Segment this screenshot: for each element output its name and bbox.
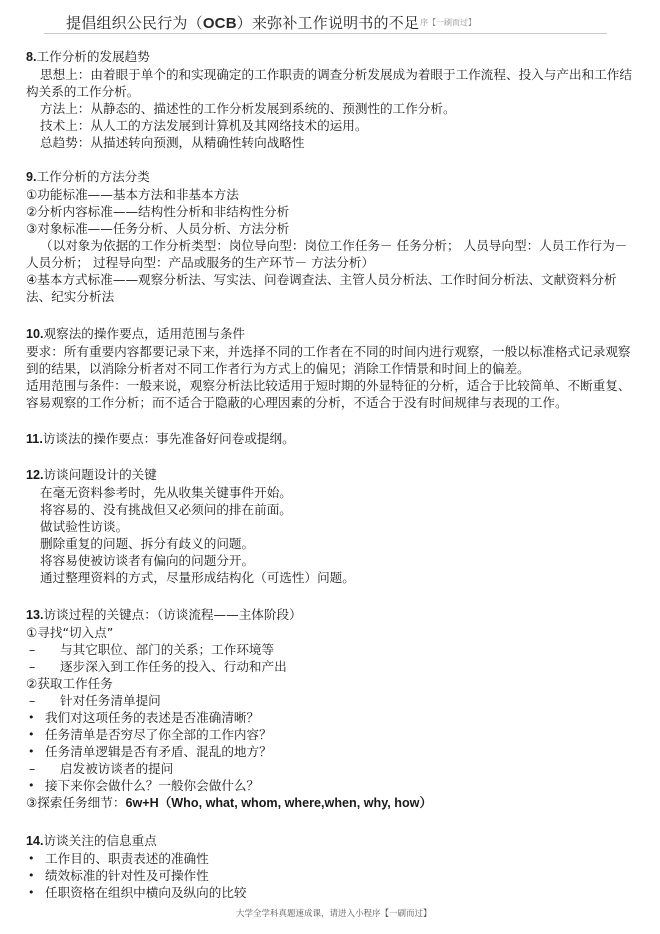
section-number: 9. (26, 170, 37, 184)
section-12: 12.访谈问题设计的关键 在毫无资料参考时，先从收集关键事件开始。 将容易的、没… (26, 466, 638, 586)
bullet-marker: • (26, 884, 45, 901)
list-item: –与其它职位、部门的关系；工作环境等 (26, 641, 638, 658)
section-number: 11. (26, 432, 43, 446)
bullet-text: 任务清单是否穷尽了你全部的工作内容？ (45, 726, 272, 743)
paragraph: 适用范围与条件：一般来说，观察分析法比较适用于短时期的外显特征的分析，适合于比较… (26, 377, 638, 411)
document-body: 8.工作分析的发展趋势 思想上：由着眼于单个的和实现确定的工作职责的调查分析发展… (26, 48, 638, 918)
section-heading: 11.访谈法的操作要点：事先准备好问卷或提纲。 (26, 430, 638, 448)
bullet-item: •任职资格在组织中横向及纵向的比较 (26, 884, 638, 901)
section-number: 14. (26, 834, 44, 848)
bullet-marker: • (26, 743, 45, 760)
paragraph: 总趋势：从描述转向预测，从精确性转向战略性 (26, 134, 638, 151)
page-footer: 大学全学科真题速成课，请进入小程序【一刷而过】 (236, 907, 432, 919)
bullet-marker: • (26, 777, 45, 794)
section-8: 8.工作分析的发展趋势 思想上：由着眼于单个的和实现确定的工作职责的调查分析发展… (26, 48, 638, 151)
bullet-text: 任务清单逻辑是否有矛盾、混乱的地方？ (45, 743, 272, 760)
bullet-item: •接下来你会做什么？一般你会做什么？ (26, 777, 638, 794)
section-number: 12. (26, 468, 44, 482)
list-item: ④基本方式标准——观察分析法、写实法、问卷调查法、主管人员分析法、工作时间分析法… (26, 271, 638, 305)
bullet-text: 接下来你会做什么？一般你会做什么？ (45, 777, 259, 794)
list-item-text: 启发被访谈者的提问 (60, 760, 173, 777)
dash-marker: – (26, 692, 60, 709)
list-item: –启发被访谈者的提问 (26, 760, 638, 777)
bullet-text: 绩效标准的针对性及可操作性 (45, 867, 209, 884)
bullet-item: •工作目的、职责表述的准确性 (26, 850, 638, 867)
list-item: ③对象标准——任务分析、人员分析、方法分析 (26, 220, 638, 237)
list-item-text: 逐步深入到工作任务的投入、行动和产出 (60, 658, 287, 675)
paragraph: 技术上：从人工的方法发展到计算机及其网络技术的运用。 (26, 117, 638, 134)
section-title: 工作分析的发展趋势 (37, 49, 150, 64)
list-item: 将容易的、没有挑战但又必须问的排在前面。 (26, 501, 638, 518)
step-heading: ②获取工作任务 (26, 675, 638, 692)
list-item: 通过整理资料的方式，尽量形成结构化（可选性）问题。 (26, 569, 638, 586)
header-title-suffix: ）来弥补工作说明书的不足 (237, 14, 419, 32)
bullet-item: •我们对这项任务的表述是否准确清晰？ (26, 709, 638, 726)
list-item: ①功能标准——基本方法和非基本方法 (26, 186, 638, 203)
list-item: 删除重复的问题、拆分有歧义的问题。 (26, 535, 638, 552)
bullet-item: •绩效标准的针对性及可操作性 (26, 867, 638, 884)
paragraph: 思想上：由着眼于单个的和实现确定的工作职责的调查分析发展成为着眼于工作流程、投入… (26, 66, 638, 100)
section-heading: 10.观察法的操作要点，适用范围与条件 (26, 325, 638, 343)
step-prefix: ③探索任务细节： (26, 795, 125, 810)
header-title-prefix: 提倡组织公民行为（ (66, 14, 203, 32)
paragraph: （以对象为依据的工作分析类型：岗位导向型：岗位工作任务－ 任务分析； 人员导向型… (26, 237, 638, 271)
section-number: 13. (26, 608, 44, 622)
bullet-text: 我们对这项任务的表述是否准确清晰？ (45, 709, 259, 726)
dash-marker: – (26, 641, 60, 658)
bullet-marker: • (26, 867, 45, 884)
section-title: 工作分析的方法分类 (37, 169, 150, 184)
list-item-text: 与其它职位、部门的关系；工作环境等 (60, 641, 274, 658)
list-item: 将容易使被访谈者有偏向的问题分开。 (26, 552, 638, 569)
section-heading: 13.访谈过程的关键点：（访谈流程——主体阶段） (26, 606, 638, 624)
list-item: ②分析内容标准——结构性分析和非结构性分析 (26, 203, 638, 220)
bullet-item: •任务清单逻辑是否有矛盾、混乱的地方？ (26, 743, 638, 760)
page-header: 提倡组织公民行为（OCB）来弥补工作说明书的不足 序【一刷而过】 (44, 0, 607, 34)
bullet-marker: • (26, 726, 45, 743)
section-title: 访谈问题设计的关键 (44, 467, 157, 482)
bullet-marker: • (26, 850, 45, 867)
section-heading: 9.工作分析的方法分类 (26, 168, 638, 186)
step-heading: ③探索任务细节：6w+H（Who, what, whom, where,when… (26, 794, 638, 812)
list-item: 在毫无资料参考时，先从收集关键事件开始。 (26, 484, 638, 501)
dash-marker: – (26, 658, 60, 675)
section-title: 访谈关注的信息重点 (44, 833, 157, 848)
section-10: 10.观察法的操作要点，适用范围与条件 要求：所有重要内容都要记录下来，并选择不… (26, 325, 638, 411)
section-9: 9.工作分析的方法分类 ①功能标准——基本方法和非基本方法 ②分析内容标准——结… (26, 168, 638, 305)
section-number: 10. (26, 327, 44, 341)
section-heading: 14.访谈关注的信息重点 (26, 832, 638, 850)
section-heading: 8.工作分析的发展趋势 (26, 48, 638, 66)
step-detail-bold: 6w+H（Who, what, whom, where,when, why, h… (125, 796, 432, 810)
list-item: 做试验性访谈。 (26, 518, 638, 535)
section-11: 11.访谈法的操作要点：事先准备好问卷或提纲。 (26, 430, 638, 448)
section-title: 访谈法的操作要点：事先准备好问卷或提纲。 (43, 431, 295, 446)
bullet-text: 任职资格在组织中横向及纵向的比较 (45, 884, 247, 901)
section-title: 观察法的操作要点，适用范围与条件 (44, 326, 246, 341)
header-watermark: 序【一刷而过】 (420, 17, 476, 28)
bullet-item: •任务清单是否穷尽了你全部的工作内容？ (26, 726, 638, 743)
header-title-bold: OCB (203, 15, 237, 32)
header-title: 提倡组织公民行为（OCB）来弥补工作说明书的不足 (66, 12, 419, 33)
section-number: 8. (26, 50, 37, 64)
list-item-text: 针对任务清单提问 (60, 692, 161, 709)
section-title: 访谈过程的关键点：（访谈流程——主体阶段） (44, 607, 302, 622)
list-item: –针对任务清单提问 (26, 692, 638, 709)
section-14: 14.访谈关注的信息重点 •工作目的、职责表述的准确性 •绩效标准的针对性及可操… (26, 832, 638, 901)
bullet-marker: • (26, 709, 45, 726)
section-13: 13.访谈过程的关键点：（访谈流程——主体阶段） ①寻找“切入点” –与其它职位… (26, 606, 638, 812)
list-item: –逐步深入到工作任务的投入、行动和产出 (26, 658, 638, 675)
paragraph: 要求：所有重要内容都要记录下来，并选择不同的工作者在不同的时间内进行观察，一般以… (26, 343, 638, 377)
paragraph: 方法上：从静态的、描述性的工作分析发展到系统的、预测性的工作分析。 (26, 100, 638, 117)
section-heading: 12.访谈问题设计的关键 (26, 466, 638, 484)
dash-marker: – (26, 760, 60, 777)
step-heading: ①寻找“切入点” (26, 624, 638, 641)
bullet-text: 工作目的、职责表述的准确性 (45, 850, 209, 867)
